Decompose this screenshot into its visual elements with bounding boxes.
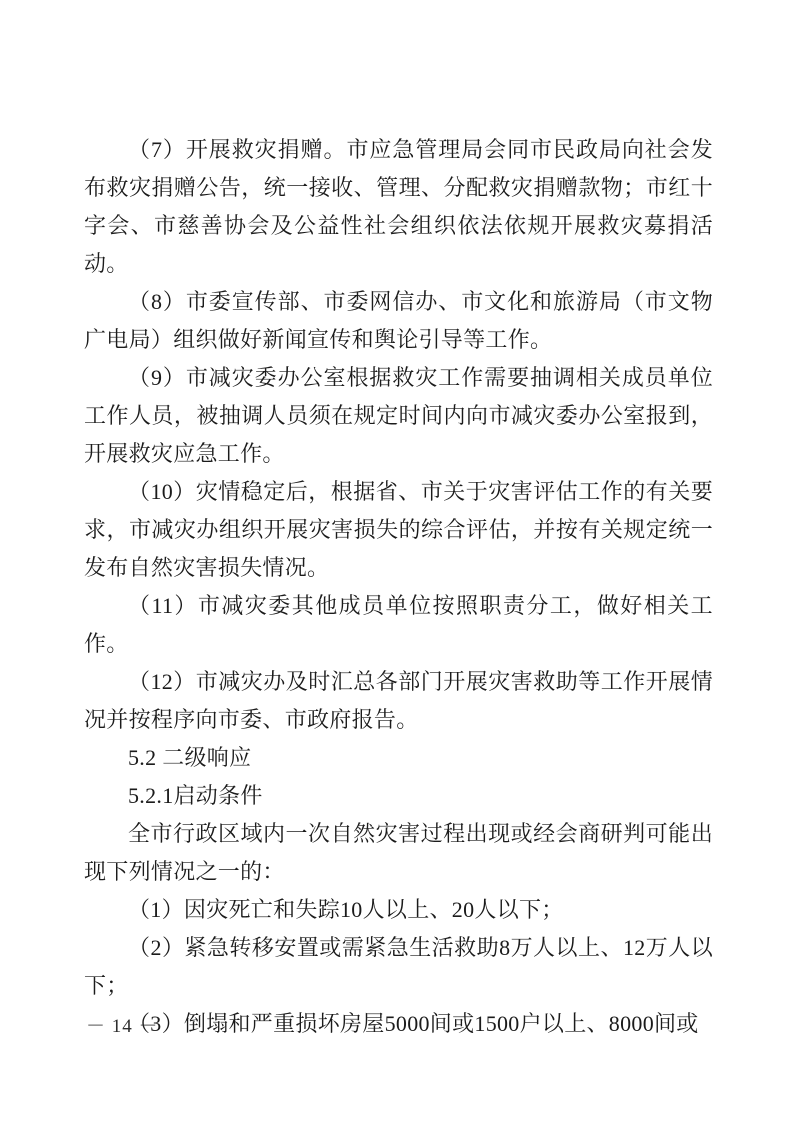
section-heading-5-2-1: 5.2.1启动条件: [84, 777, 713, 815]
clause-11: （11）市减灾委其他成员单位按照职责分工，做好相关工作。: [84, 587, 713, 663]
document-body: （7）开展救灾捐赠。市应急管理局会同市民政局向社会发布救灾捐赠公告，统一接收、管…: [84, 131, 713, 1043]
section-heading-5-2: 5.2 二级响应: [84, 739, 713, 777]
clause-12: （12）市减灾办及时汇总各部门开展灾害救助等工作开展情况并按程序向市委、市政府报…: [84, 663, 713, 739]
clause-7: （7）开展救灾捐赠。市应急管理局会同市民政局向社会发布救灾捐赠公告，统一接收、管…: [84, 131, 713, 283]
document-page: （7）开展救灾捐赠。市应急管理局会同市民政局向社会发布救灾捐赠公告，统一接收、管…: [0, 0, 793, 1122]
page-number: － 14 －: [86, 1014, 159, 1040]
trigger-conditions-intro: 全市行政区域内一次自然灾害过程出现或经会商研判可能出现下列情况之一的：: [84, 815, 713, 891]
clause-10: （10）灾情稳定后，根据省、市关于灾害评估工作的有关要求，市减灾办组织开展灾害损…: [84, 473, 713, 587]
condition-item-2: （2）紧急转移安置或需紧急生活救助8万人以上、12万人以下；: [84, 929, 713, 1005]
condition-item-1: （1）因灾死亡和失踪10人以上、20人以下；: [84, 891, 713, 929]
clause-9: （9）市减灾委办公室根据救灾工作需要抽调相关成员单位工作人员，被抽调人员须在规定…: [84, 359, 713, 473]
clause-8: （8）市委宣传部、市委网信办、市文化和旅游局（市文物广电局）组织做好新闻宣传和舆…: [84, 283, 713, 359]
condition-item-3: （3）倒塌和严重损坏房屋5000间或1500户以上、8000间或: [84, 1005, 713, 1043]
